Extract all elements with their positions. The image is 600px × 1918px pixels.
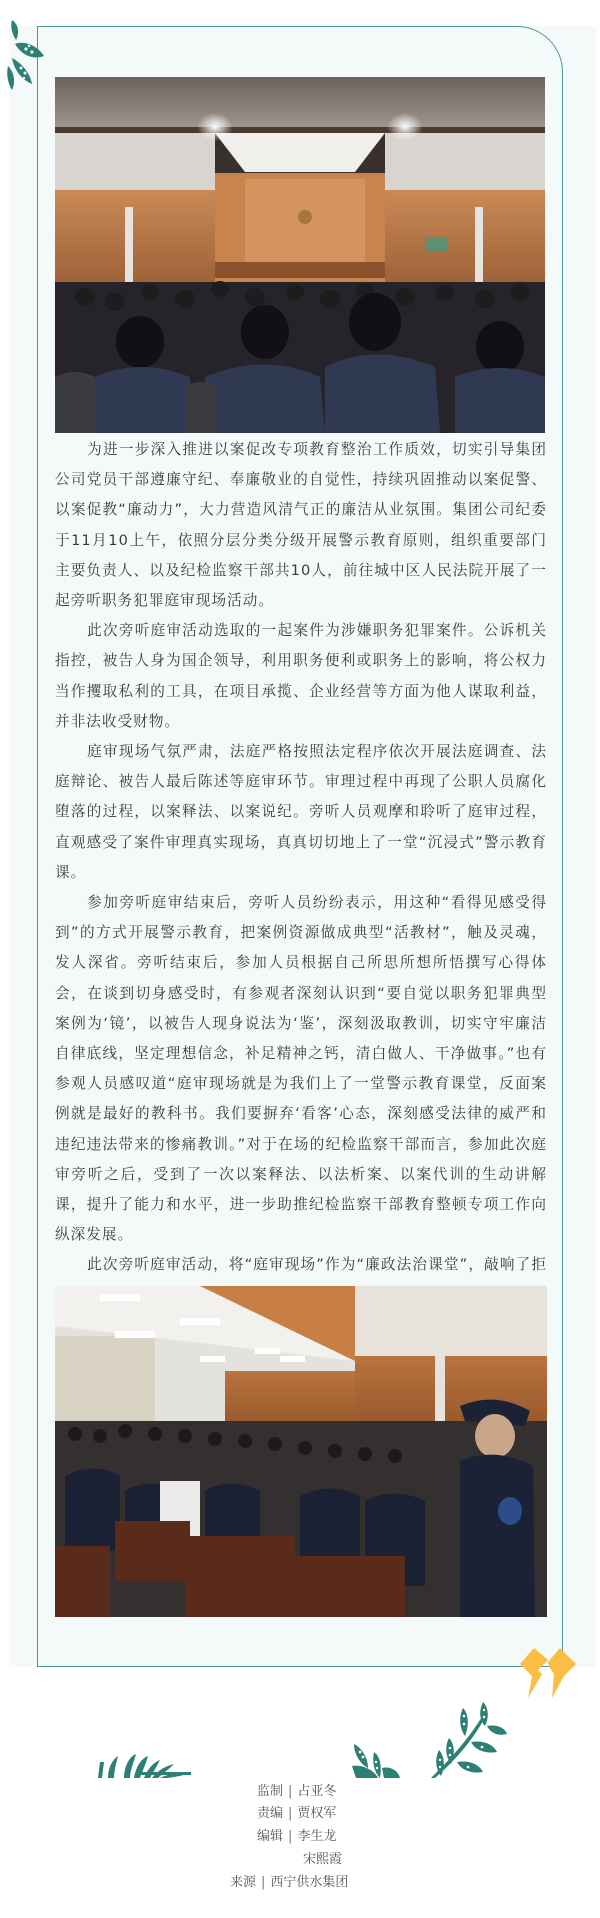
article-paragraph: 此次旁听庭审活动选取的一起案件为涉嫌职务犯罪案件。公诉机关指控，被告人身为国企领… [55,616,547,737]
article-paragraph: 庭审现场气氛严肃，法庭严格按照法定程序依次开展法庭调查、法庭辩论、被告人最后陈述… [55,737,547,888]
leaf-branch-icon [427,1702,507,1778]
credit-row-source: 来源|西宁供水集团 [230,1872,348,1894]
credit-separator: | [288,1781,292,1803]
article-paragraph: 参加旁听庭审结束后，旁听人员纷纷表示，用这种“看得见感受得到”的方式开展警示教育… [55,888,547,1250]
credit-value: 占亚冬 [297,1781,336,1803]
article-paragraph: 为进一步深入推进以案促改专项教育整治工作质效，切实引导集团公司党员干部遵廉守纪、… [55,435,547,616]
leaf-sprig-icon [352,1744,402,1778]
courtroom-photo [55,77,545,433]
credit-row-chief-editor: 责编|贾权军 [257,1803,336,1825]
credit-value: 李生龙 [297,1826,336,1848]
credit-label: 来源 [230,1872,256,1894]
credit-separator: | [288,1803,292,1825]
credit-row-supervisor: 监制|占亚冬 [257,1781,336,1803]
credit-value: 宋熙霞 [303,1849,342,1871]
credit-separator: | [288,1826,292,1848]
closing-quote-icon [520,1648,576,1698]
credit-row-editor: 编辑|李生龙 [257,1826,336,1848]
credit-row-editor-2: 宋熙霞 [303,1849,342,1871]
credit-label: 编辑 [257,1826,283,1848]
credit-value: 西宁供水集团 [270,1872,348,1894]
credit-label: 监制 [257,1781,283,1803]
credit-value: 贾权军 [297,1803,336,1825]
credit-label: 责编 [257,1803,283,1825]
audience-photo [55,1286,547,1617]
fern-leaves-icon [96,1748,206,1778]
credit-separator: | [261,1872,265,1894]
leaf-sprig-icon [6,18,50,90]
